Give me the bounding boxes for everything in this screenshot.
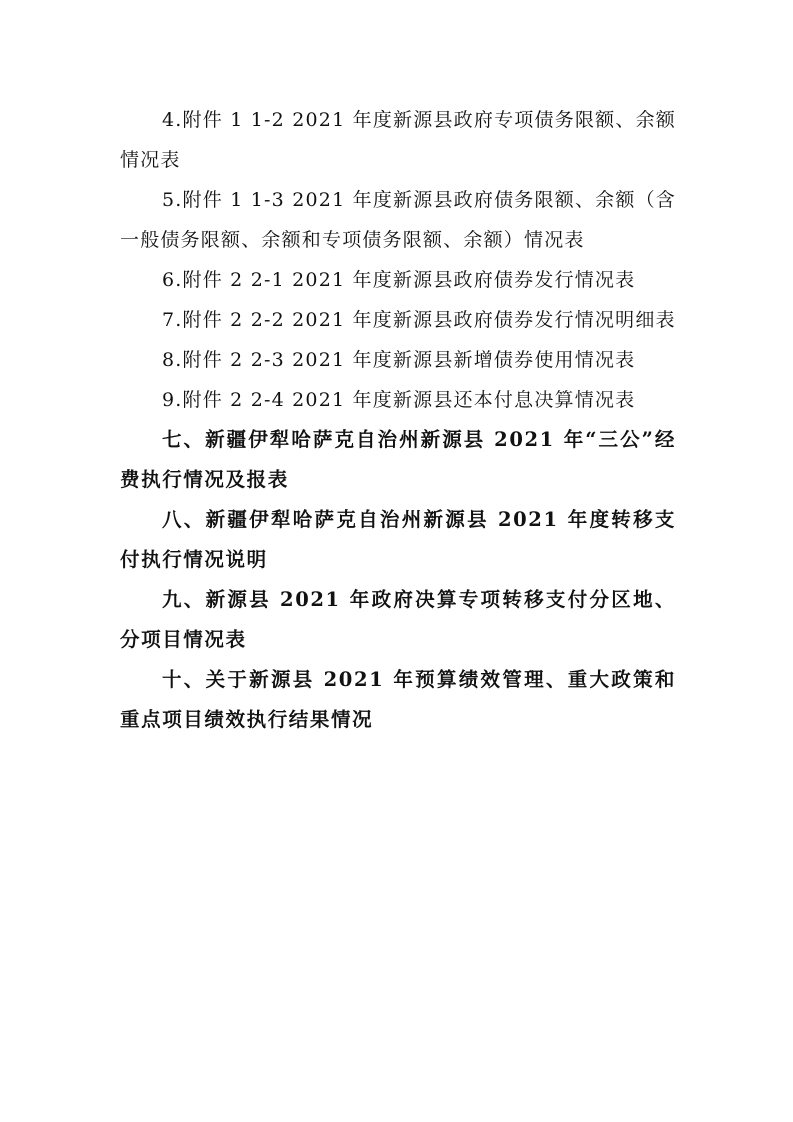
attachment-item-6: 6.附件 2 2-1 2021 年度新源县政府债券发行情况表	[120, 260, 676, 300]
section-heading-9: 九、新源县 2021 年政府决算专项转移支付分区地、分项目情况表	[120, 580, 676, 660]
attachment-item-8: 8.附件 2 2-3 2021 年度新源县新增债券使用情况表	[120, 340, 676, 380]
section-heading-8: 八、新疆伊犁哈萨克自治州新源县 2021 年度转移支付执行情况说明	[120, 500, 676, 580]
document-page: 4.附件 1 1-2 2021 年度新源县政府专项债务限额、余额情况表 5.附件…	[120, 100, 676, 740]
section-heading-7: 七、新疆伊犁哈萨克自治州新源县 2021 年“三公”经费执行情况及报表	[120, 420, 676, 500]
attachment-item-5: 5.附件 1 1-3 2021 年度新源县政府债务限额、余额（含一般债务限额、余…	[120, 180, 676, 260]
attachment-item-4: 4.附件 1 1-2 2021 年度新源县政府专项债务限额、余额情况表	[120, 100, 676, 180]
attachment-item-7: 7.附件 2 2-2 2021 年度新源县政府债券发行情况明细表	[120, 300, 676, 340]
section-heading-10: 十、关于新源县 2021 年预算绩效管理、重大政策和重点项目绩效执行结果情况	[120, 660, 676, 740]
attachment-item-9: 9.附件 2 2-4 2021 年度新源县还本付息决算情况表	[120, 380, 676, 420]
